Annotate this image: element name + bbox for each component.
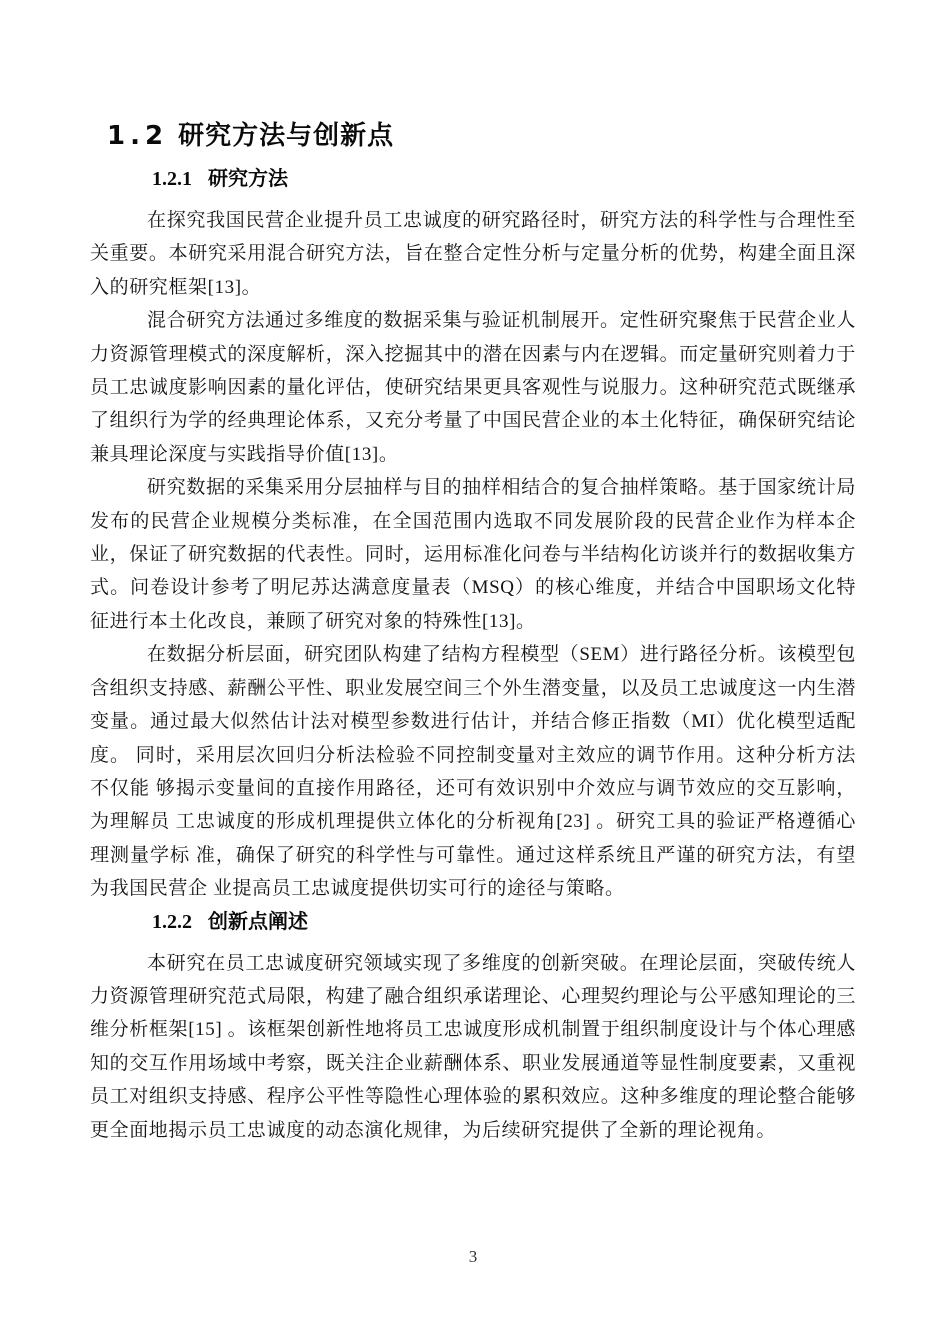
body-paragraph: 本研究在员工忠诚度研究领域实现了多维度的创新突破。在理论层面，突破传统人力资源管… [90, 947, 856, 1147]
section-heading-title: 研究方法 [208, 166, 288, 190]
chapter-heading: 1.2研究方法与创新点 [107, 121, 856, 151]
page-number: 3 [90, 1247, 856, 1267]
body-paragraph: 在数据分析层面，研究团队构建了结构方程模型（SEM）进行路径分析。该模型包含组织… [90, 638, 856, 905]
section-heading-number: 1.2.1 [152, 168, 192, 190]
document-page: 1.2研究方法与创新点 1.2.1研究方法 在探究我国民营企业提升员工忠诚度的研… [0, 0, 950, 1344]
section-heading-innovations: 1.2.2创新点阐述 [152, 908, 856, 935]
section-heading-number: 1.2.2 [152, 911, 192, 933]
page-content: 1.2研究方法与创新点 1.2.1研究方法 在探究我国民营企业提升员工忠诚度的研… [90, 121, 856, 1147]
body-paragraph: 在探究我国民营企业提升员工忠诚度的研究路径时，研究方法的科学性与合理性至关重要。… [90, 204, 856, 304]
section-heading-title: 创新点阐述 [208, 909, 308, 933]
chapter-heading-title: 研究方法与创新点 [178, 121, 394, 151]
chapter-heading-number: 1.2 [107, 121, 168, 151]
section-heading-methods: 1.2.1研究方法 [152, 165, 856, 192]
body-paragraph: 混合研究方法通过多维度的数据采集与验证机制展开。定性研究聚焦于民营企业人力资源管… [90, 304, 856, 471]
body-paragraph: 研究数据的采集采用分层抽样与目的抽样相结合的复合抽样策略。基于国家统计局发布的民… [90, 471, 856, 638]
